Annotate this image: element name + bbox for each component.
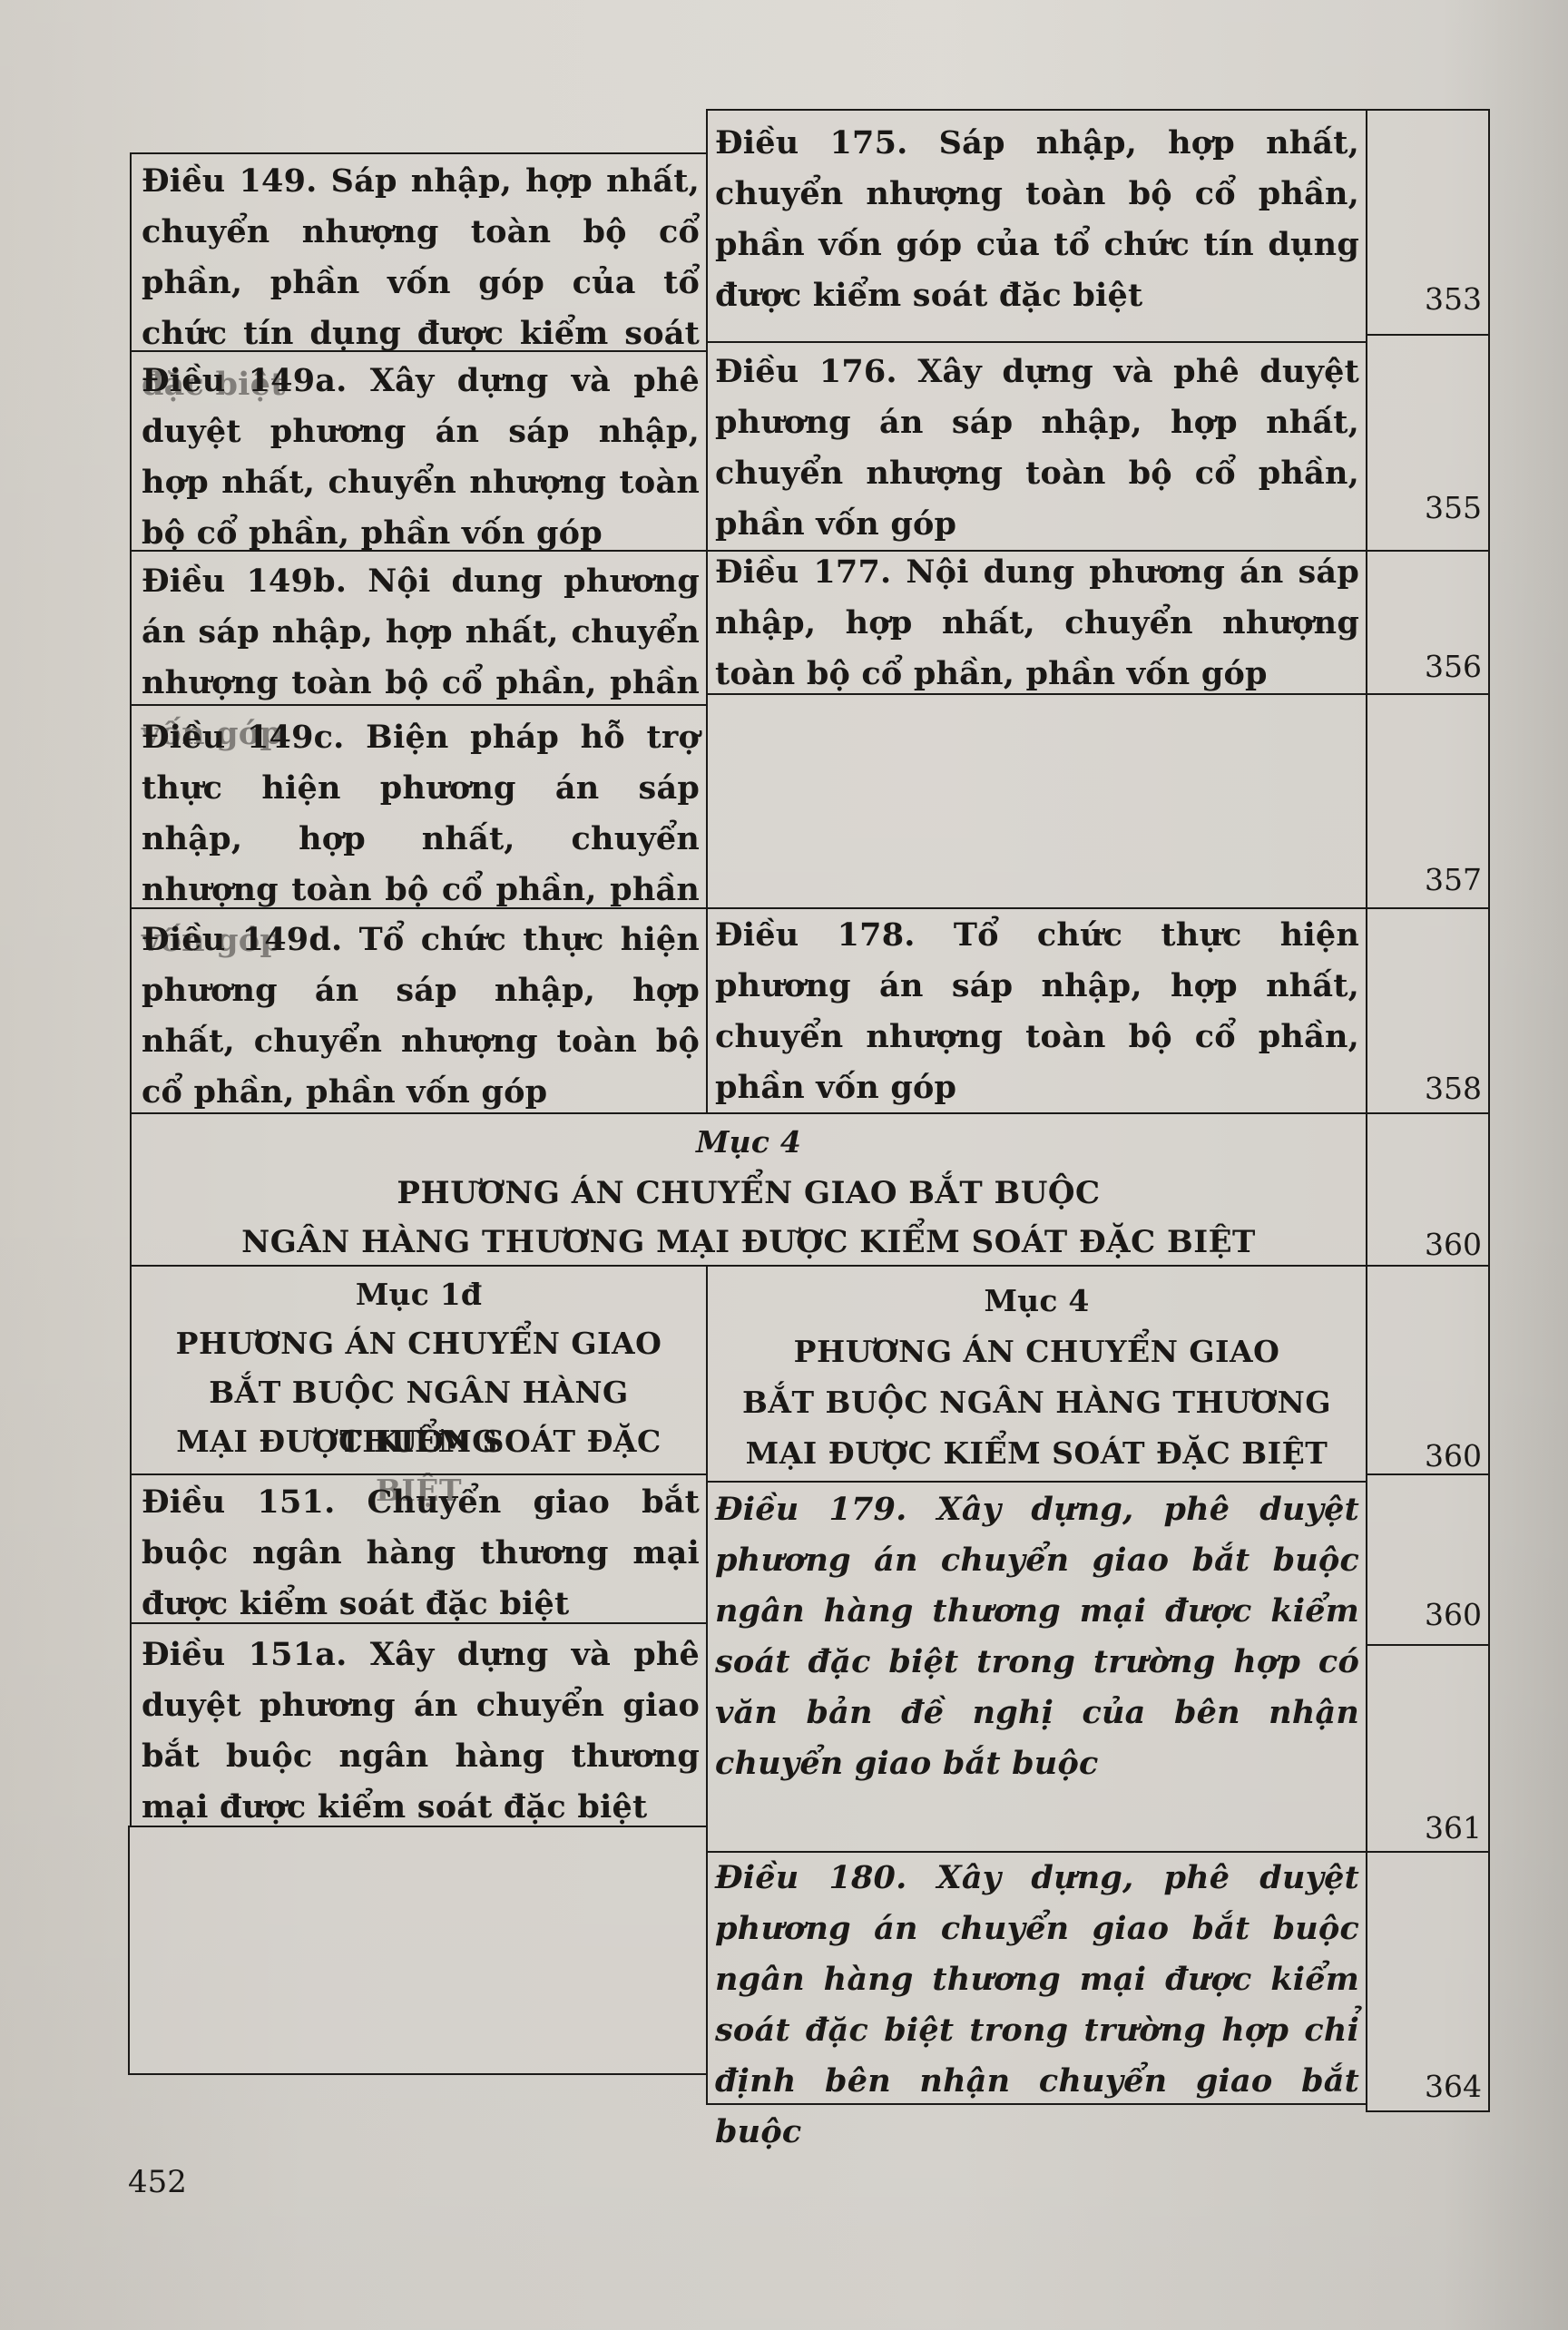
- article-175-text: Điều 175. Sáp nhập, hợp nhất, chuyển như…: [715, 118, 1359, 321]
- section-label-muc-4-right: Mục 4: [706, 1276, 1367, 1327]
- section-label-muc-4: Mục 4: [130, 1120, 1367, 1165]
- row-149c-right-cell-empty: [706, 693, 1367, 909]
- section-title-line-2: NGÂN HÀNG THƯƠNG MẠI ĐƯỢC KIỂM SOÁT ĐẶC …: [130, 1219, 1367, 1265]
- page-361: 361: [1366, 1810, 1482, 1845]
- muc-1d-line-1: PHƯƠNG ÁN CHUYỂN GIAO: [130, 1319, 708, 1368]
- page-364: 364: [1366, 2069, 1482, 2104]
- muc-4-right-line-2: BẮT BUỘC NGÂN HÀNG THƯƠNG: [706, 1377, 1367, 1428]
- page-number: 452: [128, 2164, 187, 2200]
- article-151a-text: Điều 151a. Xây dựng và phê duyệt phương …: [142, 1630, 700, 1833]
- page-358: 358: [1366, 1071, 1482, 1106]
- page-360-split: 360: [1366, 1438, 1482, 1473]
- page-360-article-179: 360: [1366, 1597, 1482, 1632]
- article-149a-text: Điều 149a. Xây dựng và phê duyệt phương …: [142, 356, 700, 559]
- section-title-line-1: PHƯƠNG ÁN CHUYỂN GIAO BẮT BUỘC: [130, 1170, 1367, 1216]
- page-353: 353: [1366, 281, 1482, 317]
- muc-4-right-line-3: MẠI ĐƯỢC KIỂM SOÁT ĐẶC BIỆT: [706, 1428, 1367, 1479]
- row-180-left-cell-empty: [128, 1826, 708, 2075]
- article-179-text: Điều 179. Xây dựng, phê duyệt phương án …: [715, 1484, 1359, 1789]
- section-label-muc-1d: Mục 1đ: [130, 1270, 708, 1319]
- page-357: 357: [1366, 862, 1482, 897]
- muc-4-right-line-1: PHƯƠNG ÁN CHUYỂN GIAO: [706, 1327, 1367, 1377]
- article-177-text: Điều 177. Nội dung phương án sáp nhập, h…: [715, 547, 1359, 700]
- page-356: 356: [1366, 649, 1482, 684]
- article-178-text: Điều 178. Tổ chức thực hiện phương án sá…: [715, 910, 1359, 1113]
- page-360-section: 360: [1366, 1227, 1482, 1262]
- page-355: 355: [1366, 490, 1482, 525]
- article-180-text: Điều 180. Xây dựng, phê duyệt phương án …: [715, 1853, 1359, 2158]
- article-149d-text: Điều 149d. Tổ chức thực hiện phương án s…: [142, 915, 700, 1118]
- article-176-text: Điều 176. Xây dựng và phê duyệt phương á…: [715, 347, 1359, 550]
- article-151-text: Điều 151. Chuyển giao bắt buộc ngân hàng…: [142, 1477, 700, 1630]
